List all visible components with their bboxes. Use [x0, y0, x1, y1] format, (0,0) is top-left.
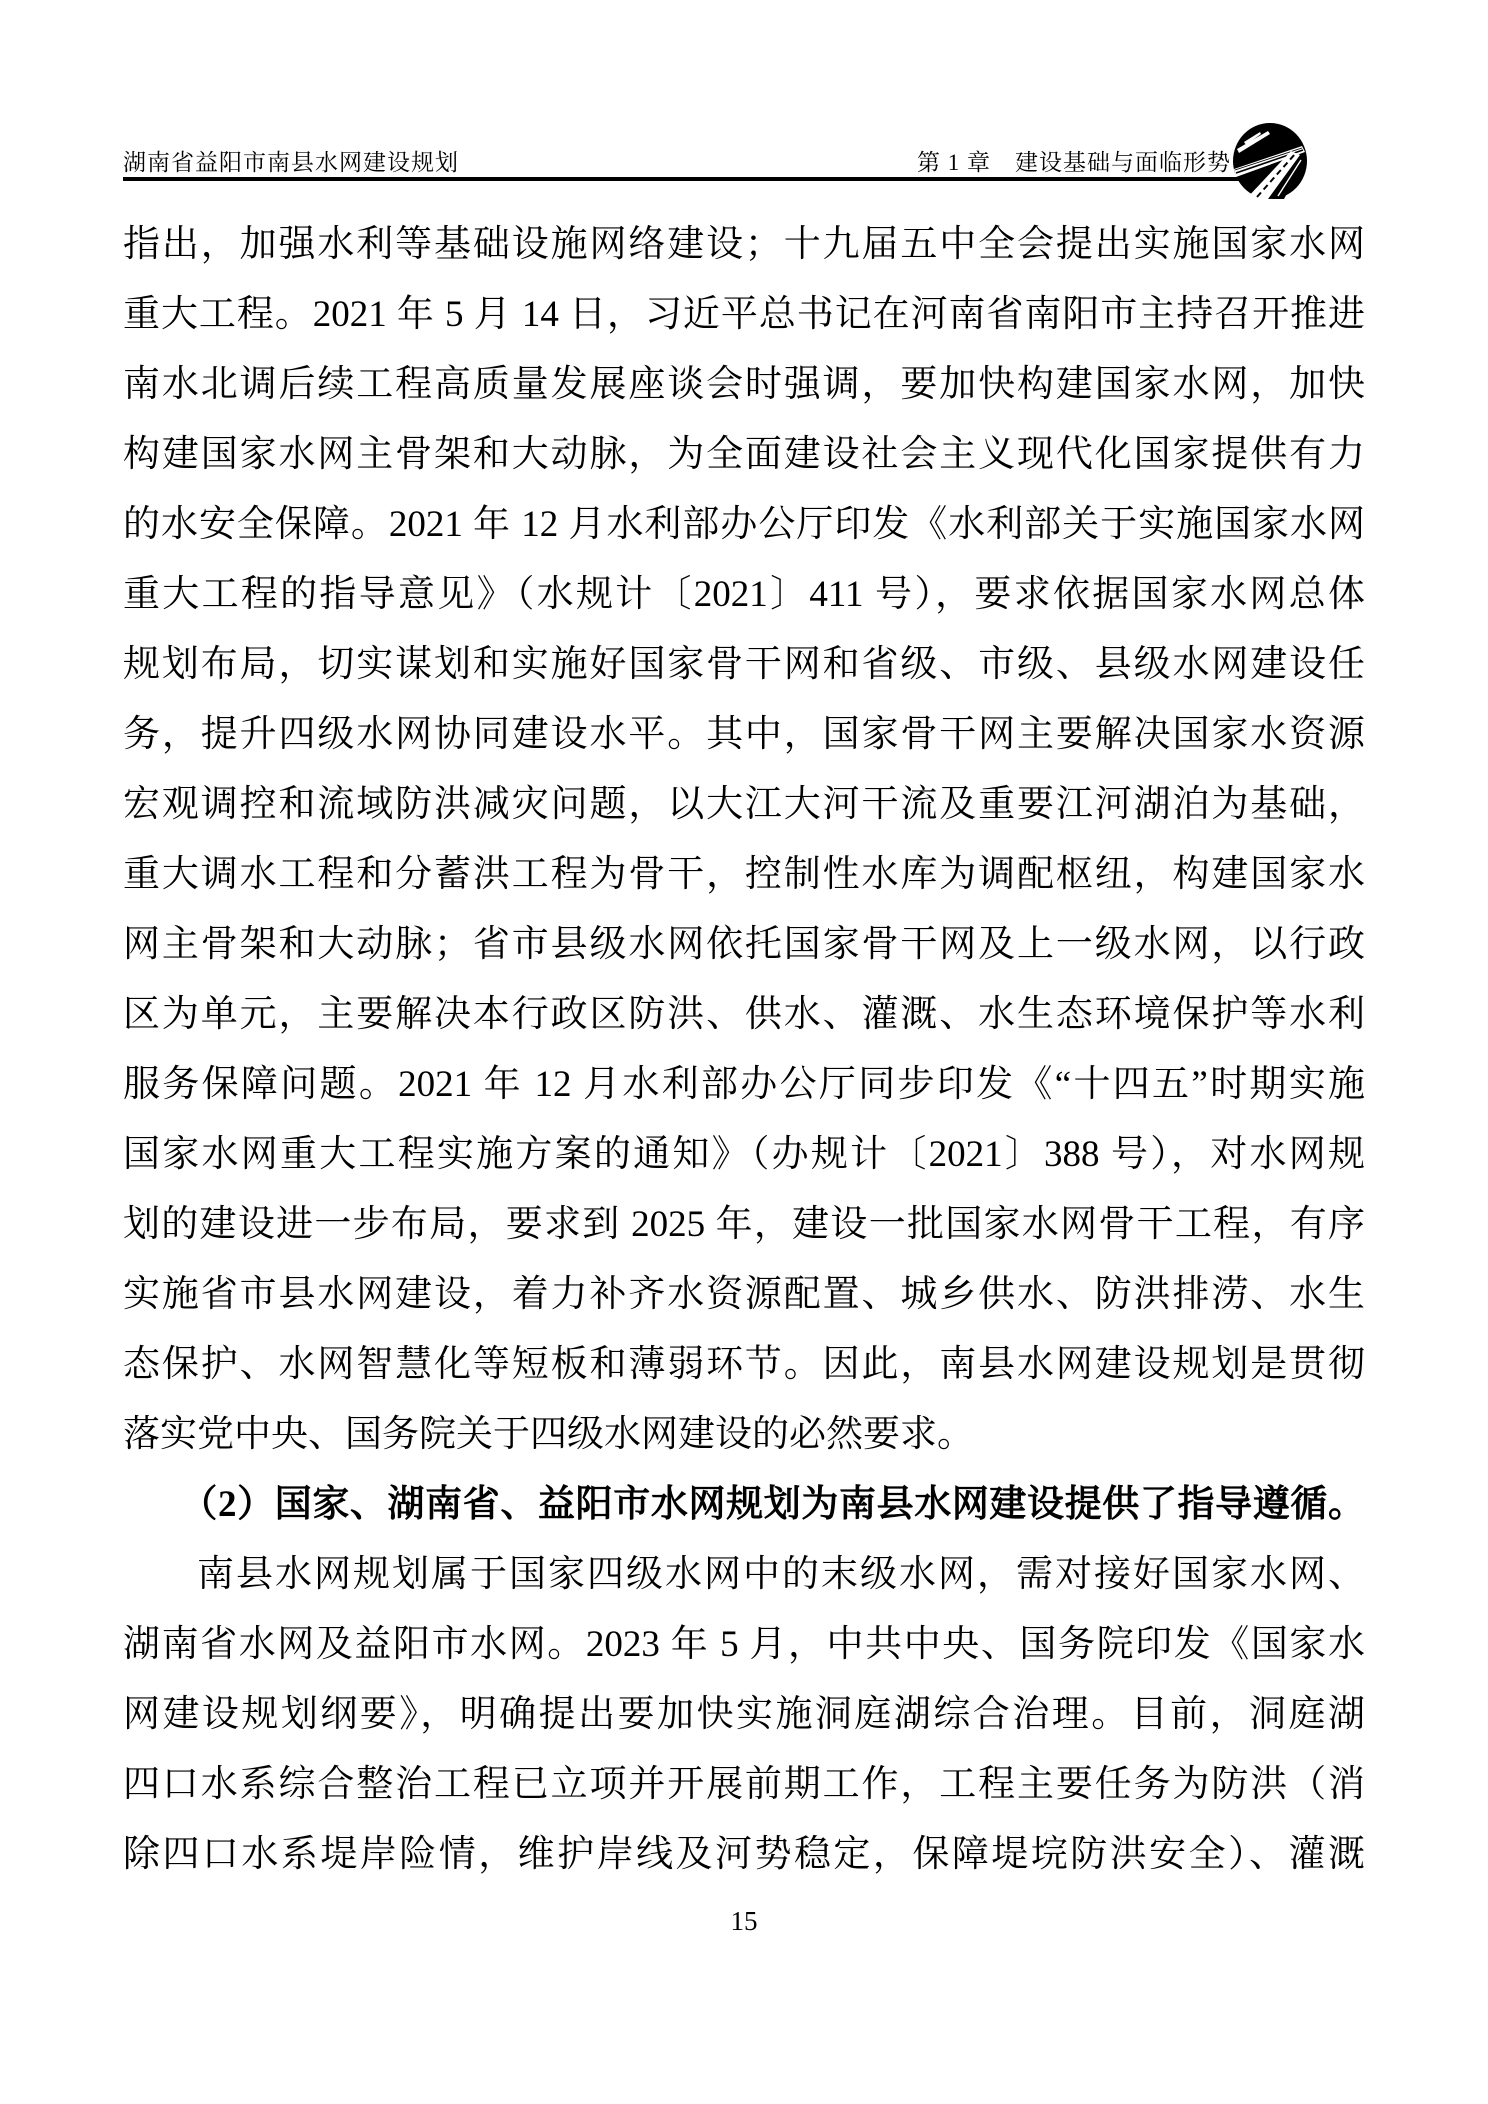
header-chapter-title: 第 1 章 建设基础与面临形势 — [123, 144, 1231, 177]
document-page: 湖南省益阳市南县水网建设规划 第 1 章 建设基础与面临形势 指出，加强水利等基… — [0, 0, 1488, 2104]
text-line: 落实党中央、国务院关于四级水网建设的必然要求。 — [123, 1400, 1365, 1470]
paragraph-1: 指出，加强水利等基础设施网络建设；十九届五中全会提出实施国家水网重大工程。202… — [123, 210, 1365, 1470]
text-line: 网建设规划纲要》，明确提出要加快实施洞庭湖综合治理。目前，洞庭湖 — [123, 1680, 1365, 1750]
text-line: 实施省市县水网建设，着力补齐水资源配置、城乡供水、防洪排涝、水生 — [123, 1260, 1365, 1330]
text-line: 划的建设进一步布局，要求到 2025 年，建设一批国家水网骨干工程，有序 — [123, 1190, 1365, 1260]
text-line: 网主骨架和大动脉；省市县级水网依托国家骨干网及上一级水网，以行政 — [123, 910, 1365, 980]
text-line: 南水北调后续工程高质量发展座谈会时强调，要加快构建国家水网，加快 — [123, 350, 1365, 420]
header-divider-rule — [123, 177, 1273, 181]
text-line: 重大工程的指导意见》（水规计〔2021〕411 号），要求依据国家水网总体 — [123, 560, 1365, 630]
text-line: 指出，加强水利等基础设施网络建设；十九届五中全会提出实施国家水网 — [123, 210, 1365, 280]
text-line: 区为单元，主要解决本行政区防洪、供水、灌溉、水生态环境保护等水利 — [123, 980, 1365, 1050]
text-line: 务，提升四级水网协同建设水平。其中，国家骨干网主要解决国家水资源 — [123, 700, 1365, 770]
text-line: 宏观调控和流域防洪减灾问题，以大江大河干流及重要江河湖泊为基础， — [123, 770, 1365, 840]
text-line: 南县水网规划属于国家四级水网中的末级水网，需对接好国家水网、 — [123, 1540, 1365, 1610]
page-number: 15 — [0, 1906, 1488, 1937]
bridge-road-circle-icon — [1232, 122, 1308, 200]
text-line: 国家水网重大工程实施方案的通知》（办规计〔2021〕388 号），对水网规 — [123, 1120, 1365, 1190]
body-text-block: 指出，加强水利等基础设施网络建设；十九届五中全会提出实施国家水网重大工程。202… — [123, 210, 1365, 1890]
text-line: 态保护、水网智慧化等短板和薄弱环节。因此，南县水网建设规划是贯彻 — [123, 1330, 1365, 1400]
text-line: 的水安全保障。2021 年 12 月水利部办公厅印发《水利部关于实施国家水网 — [123, 490, 1365, 560]
text-line: 重大调水工程和分蓄洪工程为骨干，控制性水库为调配枢纽，构建国家水 — [123, 840, 1365, 910]
text-line: 构建国家水网主骨架和大动脉，为全面建设社会主义现代化国家提供有力 — [123, 420, 1365, 490]
paragraph-2: 南县水网规划属于国家四级水网中的末级水网，需对接好国家水网、湖南省水网及益阳市水… — [123, 1540, 1365, 1890]
subsection-heading: （2）国家、湖南省、益阳市水网规划为南县水网建设提供了指导遵循。 — [123, 1470, 1365, 1540]
text-line: 服务保障问题。2021 年 12 月水利部办公厅同步印发《“十四五”时期实施 — [123, 1050, 1365, 1120]
text-line: 规划布局，切实谋划和实施好国家骨干网和省级、市级、县级水网建设任 — [123, 630, 1365, 700]
text-line: 重大工程。2021 年 5 月 14 日，习近平总书记在河南省南阳市主持召开推进 — [123, 280, 1365, 350]
text-line: 湖南省水网及益阳市水网。2023 年 5 月，中共中央、国务院印发《国家水 — [123, 1610, 1365, 1680]
text-line: 除四口水系堤岸险情，维护岸线及河势稳定，保障堤垸防洪安全）、灌溉 — [123, 1820, 1365, 1890]
text-line: 四口水系综合整治工程已立项并开展前期工作，工程主要任务为防洪（消 — [123, 1750, 1365, 1820]
